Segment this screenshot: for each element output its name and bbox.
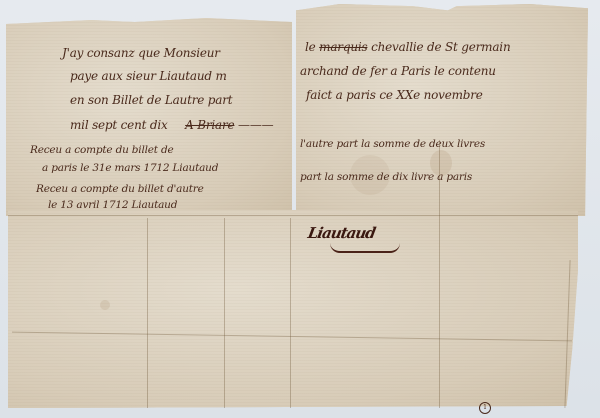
signature-flourish [330, 243, 400, 253]
text-line-2-left: paye aux sieur Liautaud m [70, 69, 227, 83]
receipt-2-line-1-right: part la somme de dix livre a paris [300, 171, 472, 183]
paper-stain [100, 300, 110, 310]
text-line-4-left: mil sept cent dix [70, 118, 168, 132]
paper-panel-bottom [8, 210, 578, 408]
archive-number-mark: 1 [479, 402, 491, 414]
fold-line-horizontal [8, 215, 578, 216]
fold-line-vertical [147, 218, 148, 408]
receipt-1-line-1-left: Receu a compte du billet de [30, 144, 174, 156]
paper-panel-top-right [296, 4, 588, 216]
receipt-1-line-2: a paris le 31e mars 1712 Liautaud [42, 162, 218, 174]
text-line-4-struck: A Briare [185, 118, 234, 132]
receipt-2-line-2: le 13 avril 1712 Liautaud [48, 199, 177, 211]
signature: Liautaud [306, 224, 376, 242]
text-line-3-right: faict a paris ce XXe novembre [306, 88, 483, 102]
text-line-1-pre: le [305, 40, 316, 54]
text-line-1-left: J'ay consanz que Monsieur [62, 46, 220, 60]
text-line-3-left: en son Billet de Lautre part [70, 93, 232, 107]
fold-line-vertical [290, 218, 291, 408]
fold-line-vertical [224, 218, 225, 408]
document-photo: J'ay consanz que Monsieur le marquis che… [0, 0, 600, 418]
text-line-4-rule: ——— [238, 118, 273, 132]
text-line-4: mil sept cent dix A Briare ——— [70, 118, 273, 132]
receipt-2-line-1-left: Receu a compte du billet d'autre [36, 183, 204, 195]
text-line-1-post: chevallie de St germain [371, 40, 510, 54]
text-line-2-right: archand de fer a Paris le contenu [300, 64, 496, 78]
text-line-1-right: le marquis chevallie de St germain [305, 40, 510, 54]
receipt-1-line-1-right: l'autre part la somme de deux livres [300, 138, 485, 150]
text-line-1-struck: marquis [319, 40, 367, 54]
